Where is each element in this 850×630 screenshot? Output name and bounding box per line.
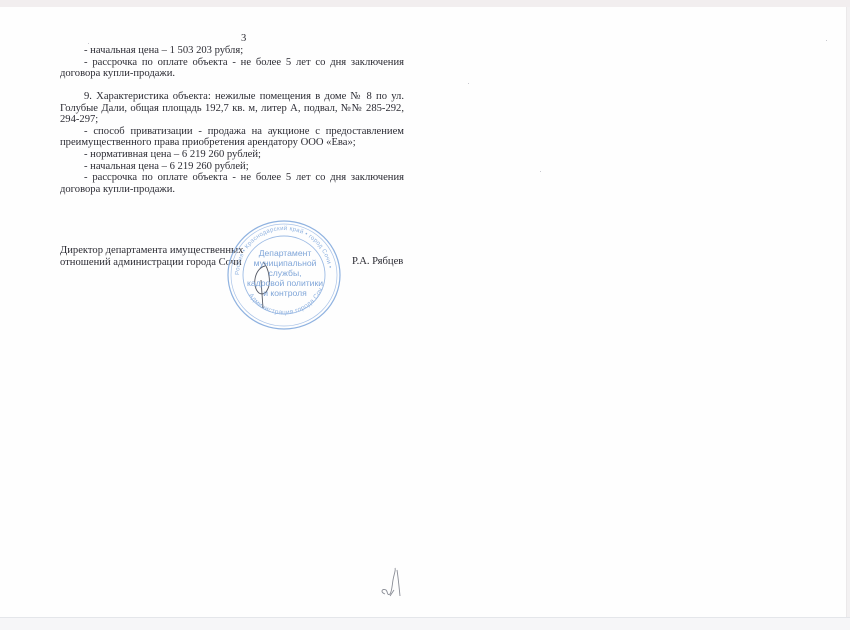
scan-speck: [540, 171, 541, 172]
stamp-line: муниципальной: [243, 258, 327, 268]
section-8-tail: - начальная цена – 1 503 203 рубля; - ра…: [60, 45, 404, 80]
scan-top-edge: [0, 0, 850, 7]
object-characteristic: 9. Характеристика объекта: нежилые помещ…: [60, 91, 404, 126]
scan-speck: [826, 40, 827, 41]
section-9: 9. Характеристика объекта: нежилые помещ…: [60, 91, 404, 195]
signer-title-line-2: отношений администрации города Сочи: [60, 257, 243, 269]
stamp-line: кадровой политики: [243, 278, 327, 288]
scan-speck: [88, 43, 89, 44]
stamp-line: Департамент: [243, 248, 327, 258]
installment-line: - рассрочка по оплате объекта - не более…: [60, 172, 404, 195]
initials-mark-icon: [378, 566, 408, 600]
signer-name: Р.А. Рябцев: [352, 256, 403, 268]
stamp-line: и контроля: [243, 288, 327, 298]
page-number: 3: [241, 33, 246, 45]
start-price-line: - начальная цена – 6 219 260 рублей;: [60, 161, 404, 173]
stamp-center-text: Департамент муниципальной службы, кадров…: [243, 248, 327, 298]
signer-title-line-1: Директор департамента имущественных: [60, 245, 243, 257]
scan-bottom-edge: [0, 617, 850, 630]
scan-speck: [468, 83, 469, 84]
installment-line: - рассрочка по оплате объекта - не более…: [60, 57, 404, 80]
start-price-line: - начальная цена – 1 503 203 рубля;: [60, 45, 404, 57]
official-stamp: Россия • Краснодарский край • город Сочи…: [225, 218, 343, 333]
privatization-method: - способ приватизации - продажа на аукци…: [60, 126, 404, 149]
normative-price-line: - нормативная цена – 6 219 260 рублей;: [60, 149, 404, 161]
signer-title: Директор департамента имущественных отно…: [60, 245, 243, 268]
stamp-line: службы,: [243, 268, 327, 278]
